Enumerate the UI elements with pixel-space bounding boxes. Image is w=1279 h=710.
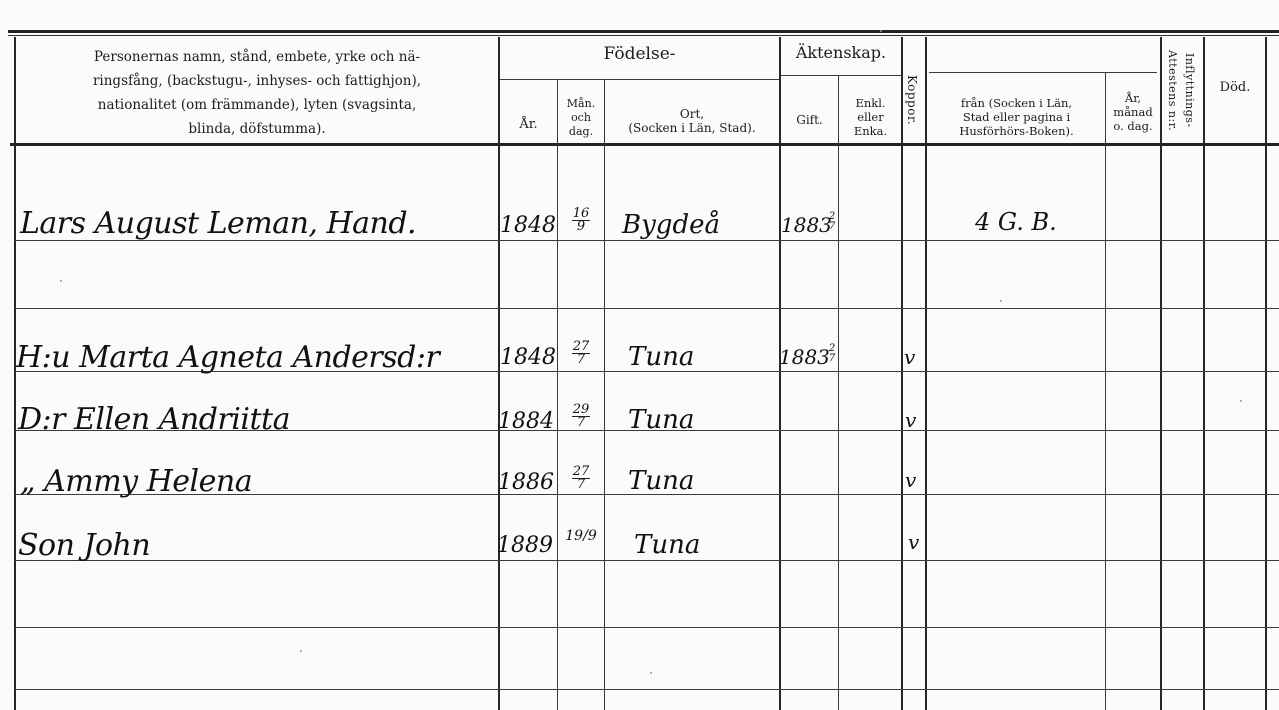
row-birth-year: 1848 [500, 213, 556, 238]
row-name: H:u Marta Agneta Andersd:r [16, 340, 439, 375]
col-divider-monthday [604, 80, 605, 710]
moved-group-divider [929, 72, 1157, 73]
col-divider-movedfrom [1105, 72, 1106, 710]
header-text: Stad eller pagina i [928, 110, 1105, 124]
header-names-line: ringsfång, (backstugu-, inhyses- och fat… [18, 69, 496, 93]
header-text: månad [1106, 105, 1160, 119]
header-widowed: Enkl. eller Enka. [840, 96, 901, 138]
row-smallpox: v [904, 345, 915, 369]
header-birth-monthday: Mån. och dag. [558, 97, 604, 139]
row-birth-place: Bygdeå [622, 210, 720, 240]
col-divider-year [557, 80, 558, 710]
paper-speck [880, 30, 882, 32]
paper-speck [1000, 300, 1002, 302]
row-married-frac: 2 7 [826, 212, 838, 232]
header-text: År, [1106, 91, 1160, 105]
header-text: (Socken i Län, Stad). [605, 121, 779, 135]
fraction-den: 9 [588, 528, 597, 544]
header-text: Ort, [605, 107, 779, 121]
header-text: o. dag. [1106, 119, 1160, 133]
header-birth-place: Ort, (Socken i Län, Stad). [605, 107, 779, 135]
row-birth-year: 1848 [500, 345, 556, 370]
row-birth-place: Tuna [628, 466, 694, 496]
row-smallpox: v [908, 530, 919, 554]
marriage-group-divider [781, 75, 901, 76]
row-smallpox: v [905, 468, 916, 492]
fraction-den: 7 [566, 479, 596, 491]
row-name: Son John [18, 528, 150, 563]
row-birth-monthday: 27 7 [566, 341, 596, 366]
row-birth-place: Tuna [634, 530, 700, 560]
header-married: Gift. [781, 113, 838, 127]
header-names-line: blinda, döfstumma). [18, 117, 496, 141]
row-birth-monthday: 19/9 [564, 530, 598, 542]
row-name: „ Ammy Helena [20, 464, 252, 499]
header-text: dag. [558, 125, 604, 139]
row-birth-monthday: 27 7 [566, 466, 596, 491]
header-moved-from: från (Socken i Län, Stad eller pagina i … [928, 96, 1105, 138]
header-birth-year: År. [500, 118, 557, 132]
header-text: Attestens n:r. [1166, 50, 1179, 131]
row-birth-monthday: 16 9 [566, 208, 596, 233]
top-rule-inner [8, 35, 1279, 36]
row-birth-monthday: 29 7 [566, 404, 596, 429]
row-birth-year: 1884 [498, 409, 554, 434]
paper-speck [650, 672, 652, 674]
header-marriage-group: Äktenskap. [781, 43, 901, 62]
header-text: Husförhörs-Boken). [928, 124, 1105, 138]
header-text: Enkl. [840, 96, 901, 110]
row-line-6 [14, 560, 1279, 561]
row-birth-place: Tuna [628, 405, 694, 435]
fraction-den: 7 [566, 417, 596, 429]
header-text: och [558, 111, 604, 125]
col-divider-moveddate [1160, 37, 1162, 710]
header-text: från (Socken i Län, [928, 96, 1105, 110]
header-names: Personernas namn, stånd, embete, yrke oc… [18, 45, 496, 141]
header-certificate: Inflyttnings- Attestens n:r. [1164, 38, 1198, 143]
row-smallpox: v [905, 408, 916, 432]
fraction-den: 7 [826, 222, 838, 232]
header-smallpox: Koppor. [905, 60, 919, 140]
header-names-line: nationalitet (om främmande), lyten (svag… [18, 93, 496, 117]
birth-group-divider [500, 79, 780, 80]
paper-speck [300, 650, 302, 652]
col-divider-certificate [1203, 37, 1205, 710]
header-names-line: Personernas namn, stånd, embete, yrke oc… [18, 45, 496, 69]
col-divider-names [498, 37, 500, 710]
col-divider-died [1265, 37, 1267, 710]
register-page: Personernas namn, stånd, embete, yrke oc… [0, 0, 1279, 710]
header-moved-date: År, månad o. dag. [1106, 91, 1160, 133]
header-bottom-rule [10, 143, 1279, 146]
col-divider-smallpox [925, 37, 927, 710]
header-died: Död. [1205, 80, 1265, 95]
row-name: Lars August Leman, Hand. [20, 206, 416, 241]
header-text: Mån. [558, 97, 604, 111]
header-birth-group: Födelse- [500, 44, 779, 64]
header-text: eller [840, 110, 901, 124]
fraction-den: 7 [566, 354, 596, 366]
row-birth-year: 1886 [498, 470, 554, 495]
fraction-den: 9 [566, 221, 596, 233]
row-married: 1883 [781, 213, 832, 237]
col-divider-widowed [901, 37, 903, 710]
top-rule [8, 30, 1279, 33]
col-divider-married [838, 76, 839, 710]
row-birth-place: Tuna [628, 342, 694, 372]
row-moved-from: 4 G. B. [975, 208, 1057, 236]
row-name: D:r Ellen Andriitta [18, 402, 290, 437]
row-married-frac: 2 7 [826, 344, 838, 364]
fraction-den: 7 [826, 354, 838, 364]
row-line-8 [14, 689, 1279, 690]
header-text: Enka. [840, 124, 901, 138]
header-text: Inflyttnings- [1183, 53, 1196, 128]
row-line-2 [14, 308, 1279, 309]
col-divider-birthplace [779, 37, 781, 710]
row-birth-year: 1889 [497, 533, 553, 558]
row-married: 1883 [779, 345, 830, 369]
row-line-7 [14, 627, 1279, 628]
paper-speck [60, 280, 62, 282]
paper-speck [1240, 400, 1242, 402]
fraction-num: 19 [565, 528, 583, 544]
